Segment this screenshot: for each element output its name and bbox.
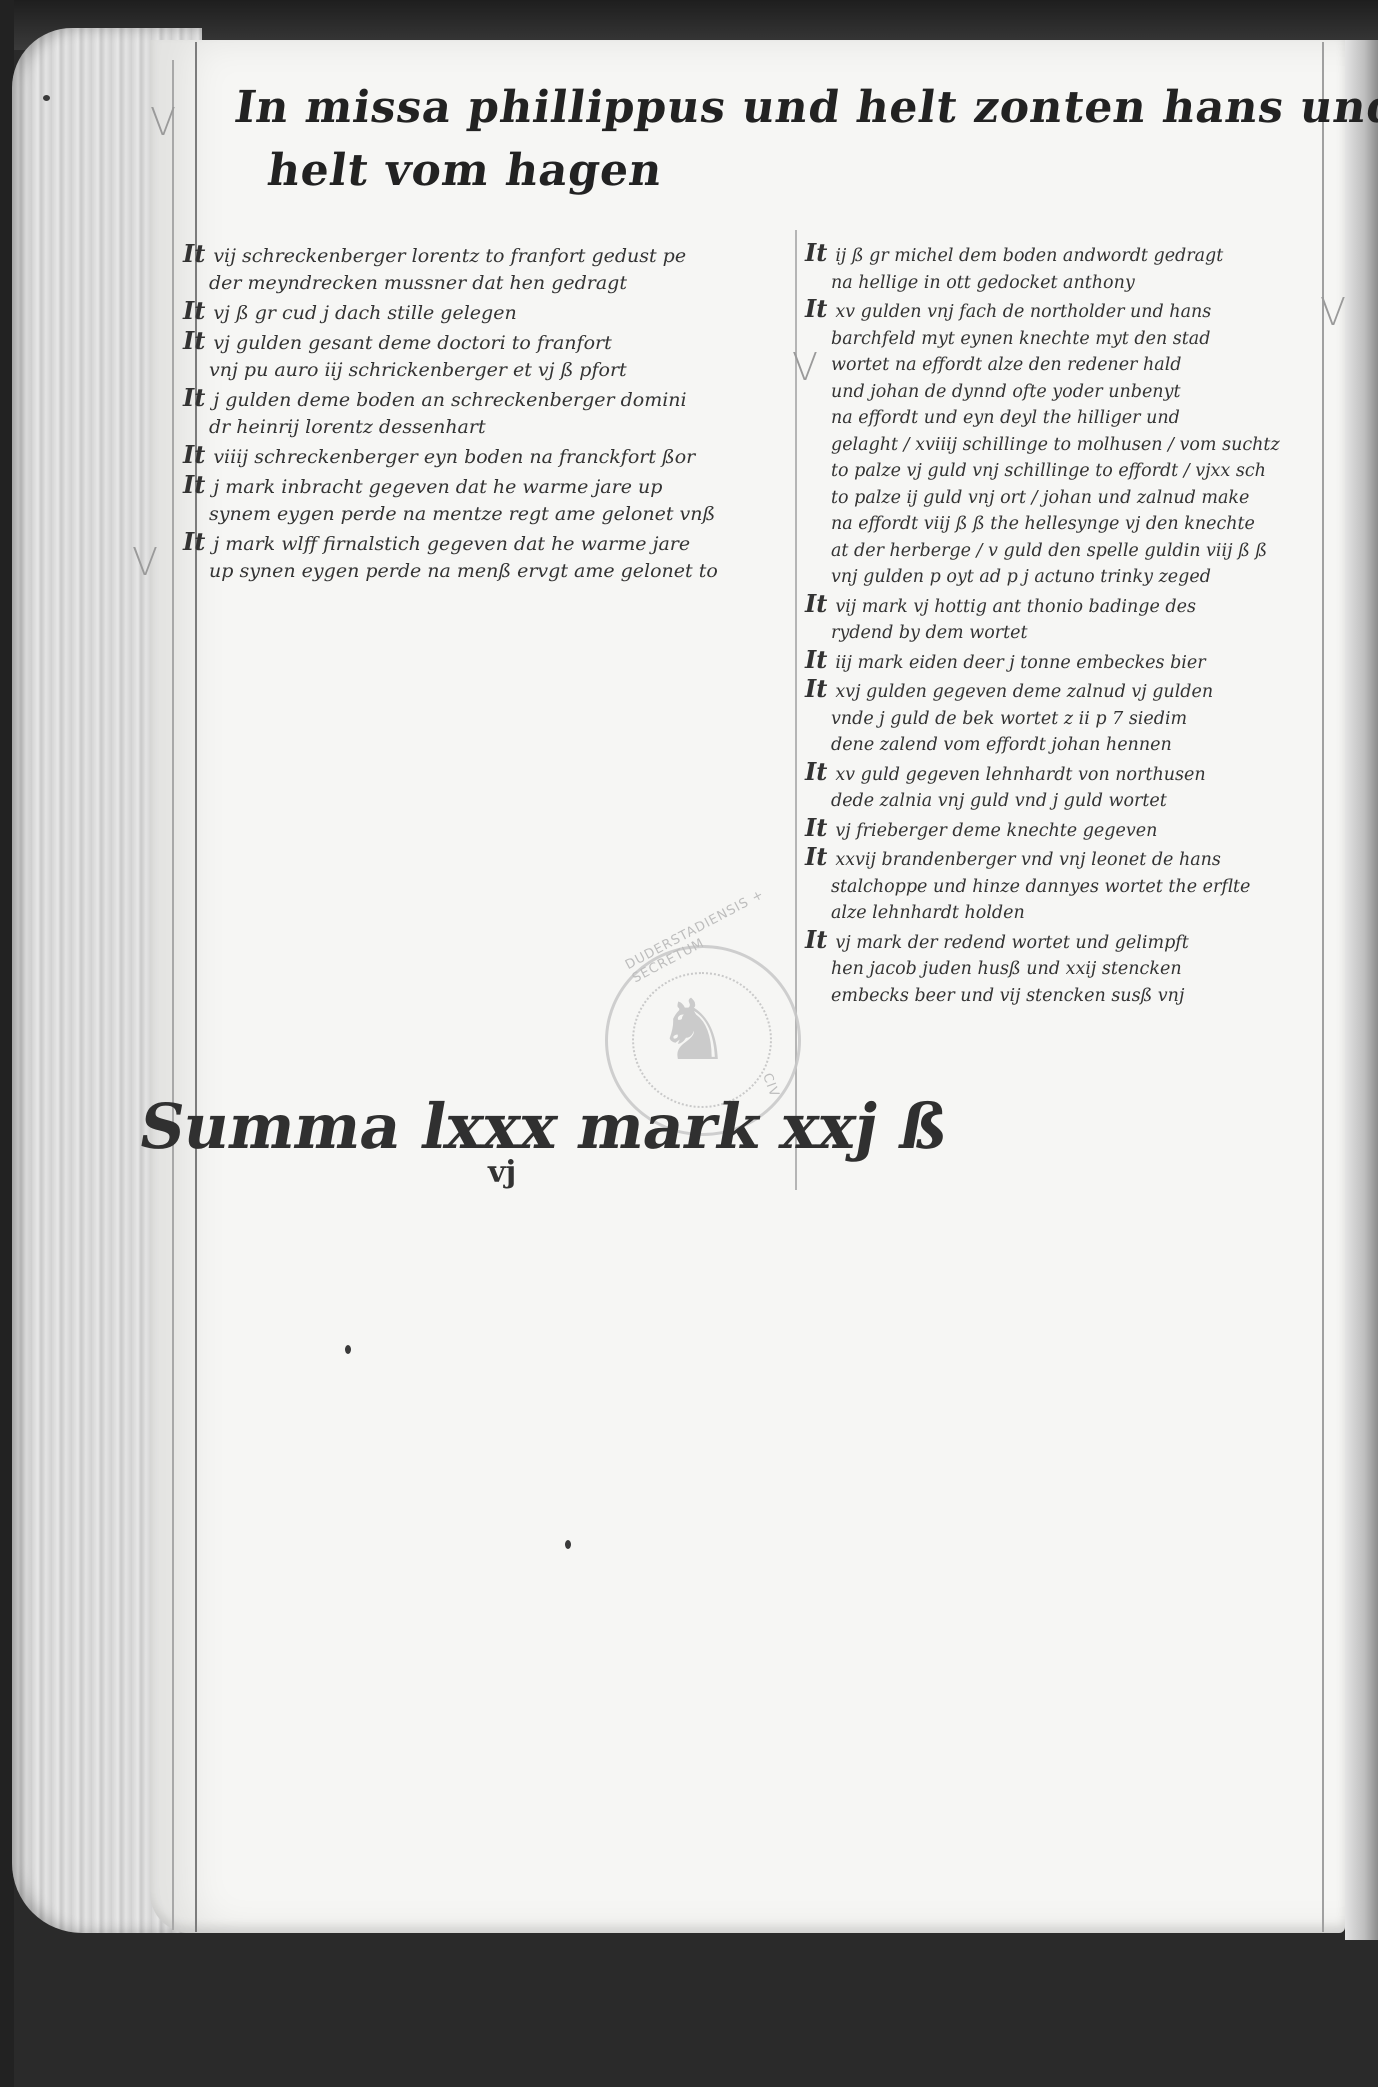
margin-check-mark: V bbox=[1320, 290, 1346, 334]
ledger-entry: Itiij mark eiden deer j tonne embeckes b… bbox=[805, 647, 1280, 677]
entry-line: vnj gulden p oyt ad p j actuno trinky ze… bbox=[805, 564, 1280, 591]
entry-line: xv guld gegeven lehnhardt von northusen bbox=[835, 765, 1205, 785]
item-mark: It bbox=[805, 645, 827, 674]
margin-check-mark: V bbox=[132, 540, 158, 584]
entry-line: xv gulden vnj fach de northolder und han… bbox=[835, 302, 1211, 322]
entry-line: rydend by dem wortet bbox=[805, 620, 1280, 647]
summa-sub-numeral: vj bbox=[488, 1155, 516, 1190]
entry-line: to palze ij guld vnj ort / johan und zal… bbox=[805, 485, 1280, 512]
entry-line: hen jacob juden husß und xxij stencken bbox=[805, 956, 1280, 983]
entry-line: und johan de dynnd ofte yoder unbenyt bbox=[805, 379, 1280, 406]
item-mark: It bbox=[183, 326, 205, 355]
entry-line: na effordt viij ß ß the hellesynge vj de… bbox=[805, 511, 1280, 538]
entry-line: up synen eygen perde na menß ervgt ame g… bbox=[183, 558, 718, 585]
entry-line: xxvij brandenberger vnd vnj leonet de ha… bbox=[835, 850, 1221, 870]
entry-line: barchfeld myt eynen knechte myt den stad bbox=[805, 326, 1280, 353]
entry-line: iij mark eiden deer j tonne embeckes bie… bbox=[835, 653, 1205, 673]
item-mark: It bbox=[183, 440, 205, 469]
left-column: Itvij schreckenberger lorentz to franfor… bbox=[183, 240, 718, 585]
entry-line: na hellige in ott gedocket anthony bbox=[805, 270, 1280, 297]
item-mark: It bbox=[183, 296, 205, 325]
entry-line: vj gulden gesant deme doctori to franfor… bbox=[213, 332, 611, 354]
item-mark: It bbox=[805, 842, 827, 871]
entry-line: j gulden deme boden an schreckenberger d… bbox=[213, 389, 686, 411]
paper-speck bbox=[565, 1540, 571, 1549]
left-outer-rule bbox=[172, 60, 174, 1930]
page-heading-line-1: In missa phillippus und helt zonten hans… bbox=[231, 82, 1378, 133]
entry-line: viiij schreckenberger eyn boden na franc… bbox=[213, 446, 695, 468]
entry-line: vij mark vj hottig ant thonio badinge de… bbox=[835, 597, 1196, 617]
ledger-entry: Itvj mark der redend wortet und gelimpft… bbox=[805, 927, 1280, 1010]
right-column: Itij ß gr michel dem boden andwordt gedr… bbox=[805, 240, 1280, 1009]
entry-line: alze lehnhardt holden bbox=[805, 900, 1280, 927]
ledger-entry: Itvj gulden gesant deme doctori to franf… bbox=[183, 327, 718, 384]
entry-line: stalchoppe und hinze dannyes wortet the … bbox=[805, 874, 1280, 901]
ledger-entry: Itvj ß gr cud j dach stille gelegen bbox=[183, 297, 718, 327]
entry-line: der meyndrecken mussner dat hen gedragt bbox=[183, 270, 718, 297]
item-mark: It bbox=[805, 589, 827, 618]
entry-line: synem eygen perde na mentze regt ame gel… bbox=[183, 501, 718, 528]
entry-line: vij schreckenberger lorentz to franfort … bbox=[213, 245, 686, 267]
item-mark: It bbox=[183, 239, 205, 268]
ledger-entry: Itvij mark vj hottig ant thonio badinge … bbox=[805, 591, 1280, 647]
paper-speck bbox=[345, 1345, 351, 1354]
item-mark: It bbox=[183, 383, 205, 412]
entry-line: vj frieberger deme knechte gegeven bbox=[835, 821, 1157, 841]
margin-check-mark: V bbox=[150, 100, 176, 144]
summa-shillings: xxj ß bbox=[775, 1090, 953, 1163]
ledger-entry: Itxxvij brandenberger vnd vnj leonet de … bbox=[805, 844, 1280, 927]
lion-rampant-icon: ♞ bbox=[656, 988, 731, 1072]
ledger-entry: Itj mark wlff firnalstich gegeven dat he… bbox=[183, 528, 718, 585]
item-mark: It bbox=[805, 238, 827, 267]
item-mark: It bbox=[805, 925, 827, 954]
entry-line: to palze vj guld vnj schillinge to effor… bbox=[805, 458, 1280, 485]
entry-line: gelaght / xviiij schillinge to molhusen … bbox=[805, 432, 1280, 459]
ledger-entry: Itxv guld gegeven lehnhardt von northuse… bbox=[805, 759, 1280, 815]
entry-line: ij ß gr michel dem boden andwordt gedrag… bbox=[835, 246, 1223, 266]
item-mark: It bbox=[183, 527, 205, 556]
item-mark: It bbox=[805, 813, 827, 842]
ledger-entry: Itj mark inbracht gegeven dat he warme j… bbox=[183, 471, 718, 528]
entry-line: vj mark der redend wortet und gelimpft bbox=[835, 933, 1188, 953]
entry-line: j mark inbracht gegeven dat he warme jar… bbox=[213, 476, 662, 498]
entry-line: at der herberge / v guld den spelle guld… bbox=[805, 538, 1280, 565]
summa-numeral: lxxx bbox=[416, 1090, 563, 1163]
entry-line: dr heinrij lorentz dessenhart bbox=[183, 414, 718, 441]
ledger-entry: Itj gulden deme boden an schreckenberger… bbox=[183, 384, 718, 441]
summa-total: Summa lxxx mark xxj ß bbox=[134, 1090, 954, 1163]
page-heading-line-2: helt vom hagen bbox=[264, 145, 666, 196]
ledger-entry: Itvj frieberger deme knechte gegeven bbox=[805, 815, 1280, 845]
entry-line: vj ß gr cud j dach stille gelegen bbox=[213, 302, 516, 324]
item-mark: It bbox=[805, 674, 827, 703]
entry-line: wortet na effordt alze den redener hald bbox=[805, 352, 1280, 379]
ledger-entry: Itviiij schreckenberger eyn boden na fra… bbox=[183, 441, 718, 471]
right-page-edge bbox=[1345, 40, 1378, 1940]
ledger-entry: Itxvj gulden gegeven deme zalnud vj guld… bbox=[805, 676, 1280, 759]
summa-unit: mark bbox=[572, 1090, 766, 1163]
entry-line: j mark wlff firnalstich gegeven dat he w… bbox=[213, 533, 690, 555]
item-mark: It bbox=[183, 470, 205, 499]
entry-line: embecks beer und vij stencken susß vnj bbox=[805, 983, 1280, 1010]
ledger-entry: Itxv gulden vnj fach de northolder und h… bbox=[805, 296, 1280, 591]
entry-line: vnj pu auro iij schrickenberger et vj ß … bbox=[183, 357, 718, 384]
paper-speck bbox=[43, 95, 50, 101]
ledger-entry: Itij ß gr michel dem boden andwordt gedr… bbox=[805, 240, 1280, 296]
ledger-entry: Itvij schreckenberger lorentz to franfor… bbox=[183, 240, 718, 297]
entry-line: vnde j guld de bek wortet z ii p 7 siedi… bbox=[805, 706, 1280, 733]
item-mark: It bbox=[805, 757, 827, 786]
item-mark: It bbox=[805, 294, 827, 323]
entry-line: xvj gulden gegeven deme zalnud vj gulden bbox=[835, 682, 1213, 702]
entry-line: na effordt und eyn deyl the hilliger und bbox=[805, 405, 1280, 432]
summa-label: Summa bbox=[134, 1090, 408, 1163]
entry-line: dene zalend vom effordt johan hennen bbox=[805, 732, 1280, 759]
entry-line: dede zalnia vnj guld vnd j guld wortet bbox=[805, 788, 1280, 815]
